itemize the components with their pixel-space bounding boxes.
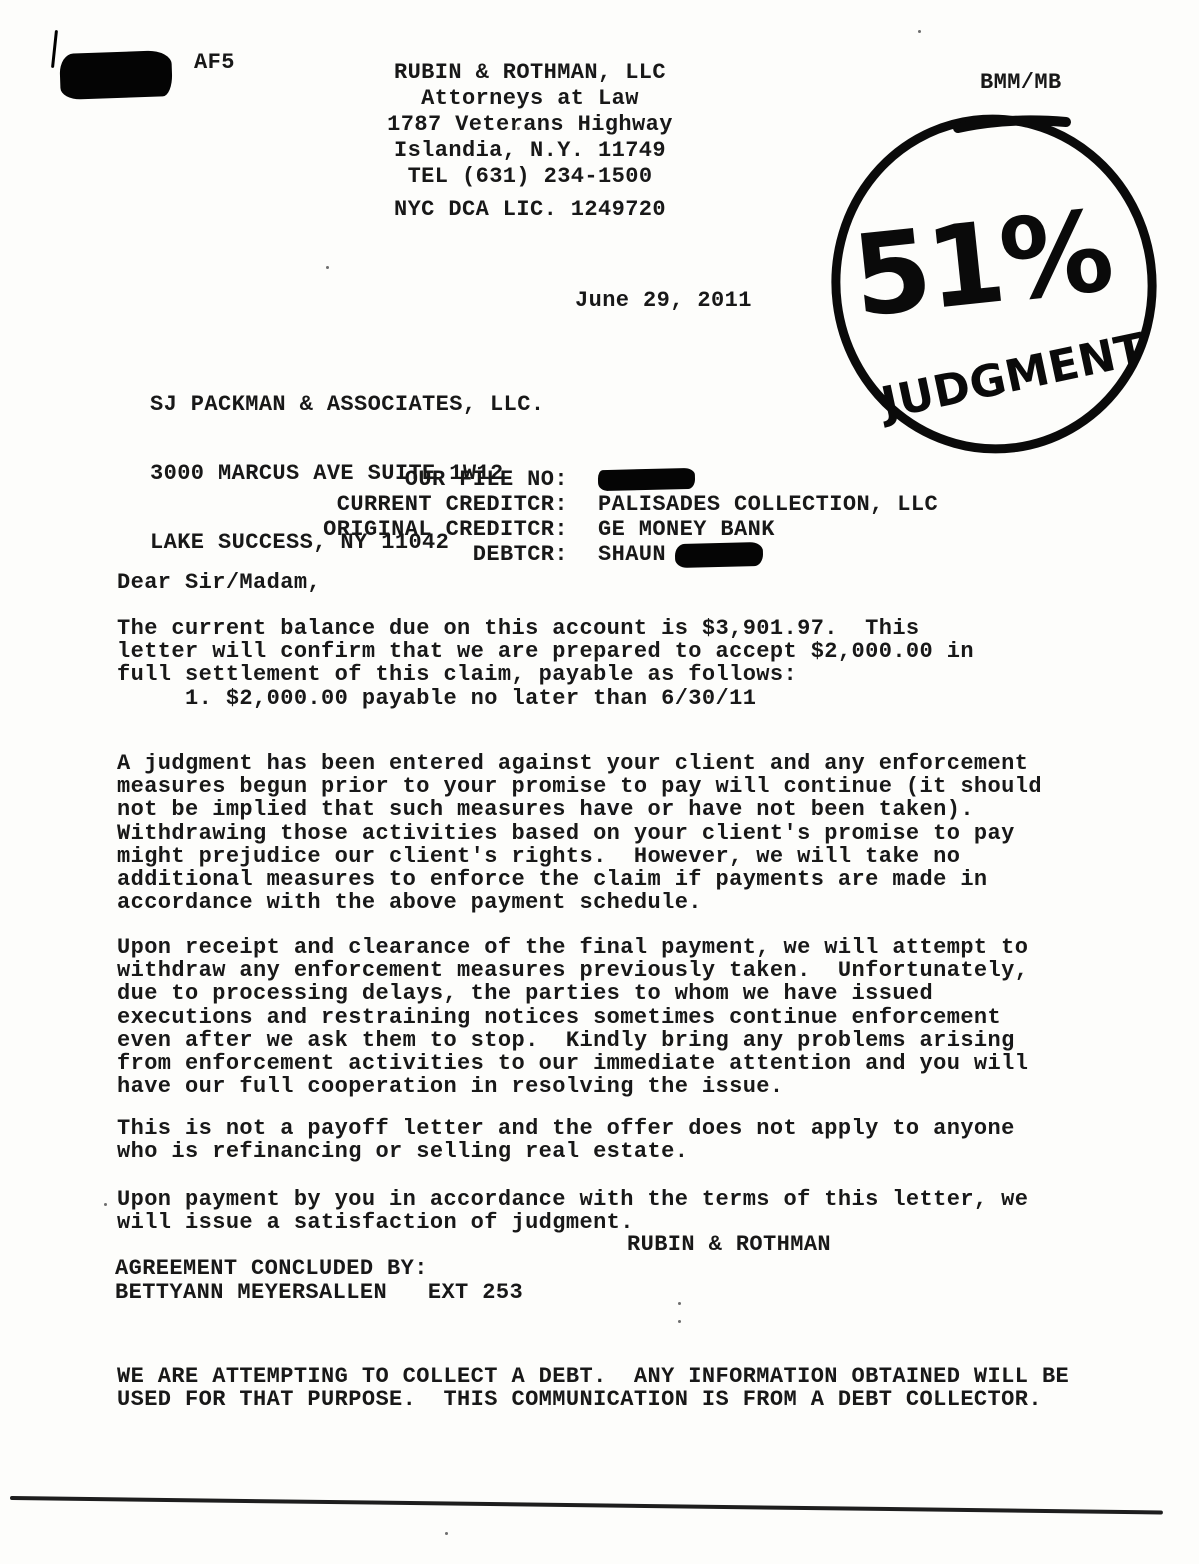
debt-collector-disclaimer: WE ARE ATTEMPTING TO COLLECT A DEBT. ANY… xyxy=(117,1365,1137,1411)
body-paragraph-2: A judgment has been entered against your… xyxy=(117,752,1097,914)
firm-license: NYC DCA LIC. 1249720 xyxy=(230,197,830,222)
bottom-rule-line xyxy=(10,1496,1163,1514)
scan-speck xyxy=(104,1203,107,1206)
scan-speck xyxy=(445,1532,448,1535)
redaction-mark-top-left xyxy=(59,50,173,100)
case-label: CURRENT CREDITCR: xyxy=(0,492,568,517)
case-row-file-no: OUR FILE NO: xyxy=(0,467,1199,492)
annotation-judgment-text: JUDGMENT xyxy=(874,324,1150,430)
case-value: GE MONEY BANK xyxy=(598,517,775,542)
letterhead: RUBIN & ROTHMAN, LLC Attorneys at Law 17… xyxy=(230,60,830,190)
scan-speck xyxy=(517,127,520,130)
case-label: DEBTCR: xyxy=(0,542,568,567)
annotation-percent-text: 51% xyxy=(847,187,1116,343)
agreement-concluded-label: AGREEMENT CONCLUDED BY: xyxy=(115,1256,428,1281)
judgment-annotation: 51% JUDGMENT xyxy=(808,96,1184,472)
firm-name: RUBIN & ROTHMAN, LLC xyxy=(230,60,830,86)
salutation: Dear Sir/Madam, xyxy=(117,570,321,595)
letter-date: June 29, 2011 xyxy=(575,288,752,313)
body-paragraph-5: Upon payment by you in accordance with t… xyxy=(117,1188,1097,1234)
scan-speck xyxy=(326,266,329,269)
body-paragraph-3: Upon receipt and clearance of the final … xyxy=(117,936,1097,1098)
firm-tagline: Attorneys at Law xyxy=(230,86,830,112)
body-paragraph-1: The current balance due on this account … xyxy=(117,617,1097,710)
body-paragraph-4: This is not a payoff letter and the offe… xyxy=(117,1117,1097,1163)
scan-speck xyxy=(918,30,921,33)
case-row-current-creditor: CURRENT CREDITCR: PALISADES COLLECTION, … xyxy=(0,492,1199,517)
case-value: SHAUN xyxy=(598,542,666,567)
case-label: OUR FILE NO: xyxy=(0,467,568,492)
scan-speck xyxy=(678,1320,681,1323)
signature-firm: RUBIN & ROTHMAN xyxy=(627,1232,831,1257)
recipient-name: SJ PACKMAN & ASSOCIATES, LLC. xyxy=(150,393,544,416)
firm-phone: TEL (631) 234-1500 xyxy=(230,164,830,190)
firm-address-line1: 1787 Veterans Highway xyxy=(230,112,830,138)
corner-code: AF5 xyxy=(194,50,235,75)
reference-code: BMM/MB xyxy=(980,70,1062,95)
case-info-block: OUR FILE NO: CURRENT CREDITCR: PALISADES… xyxy=(0,467,1199,567)
case-row-debtor: DEBTCR: SHAUN xyxy=(0,542,1199,567)
redaction-bar-file-no xyxy=(598,468,695,491)
firm-address-line2: Islandia, N.Y. 11749 xyxy=(230,138,830,164)
redaction-bar-debtor-name xyxy=(675,541,764,567)
case-label: ORIGINAL CREDITCR: xyxy=(0,517,568,542)
agent-extension-line: BETTYANN MEYERSALLEN EXT 253 xyxy=(115,1280,523,1305)
case-value: PALISADES COLLECTION, LLC xyxy=(598,492,938,517)
pen-stroke-mark xyxy=(51,30,58,68)
case-row-original-creditor: ORIGINAL CREDITCR: GE MONEY BANK xyxy=(0,517,1199,542)
scanned-letter-page: AF5 RUBIN & ROTHMAN, LLC Attorneys at La… xyxy=(0,0,1199,1564)
scan-speck xyxy=(678,1302,681,1305)
